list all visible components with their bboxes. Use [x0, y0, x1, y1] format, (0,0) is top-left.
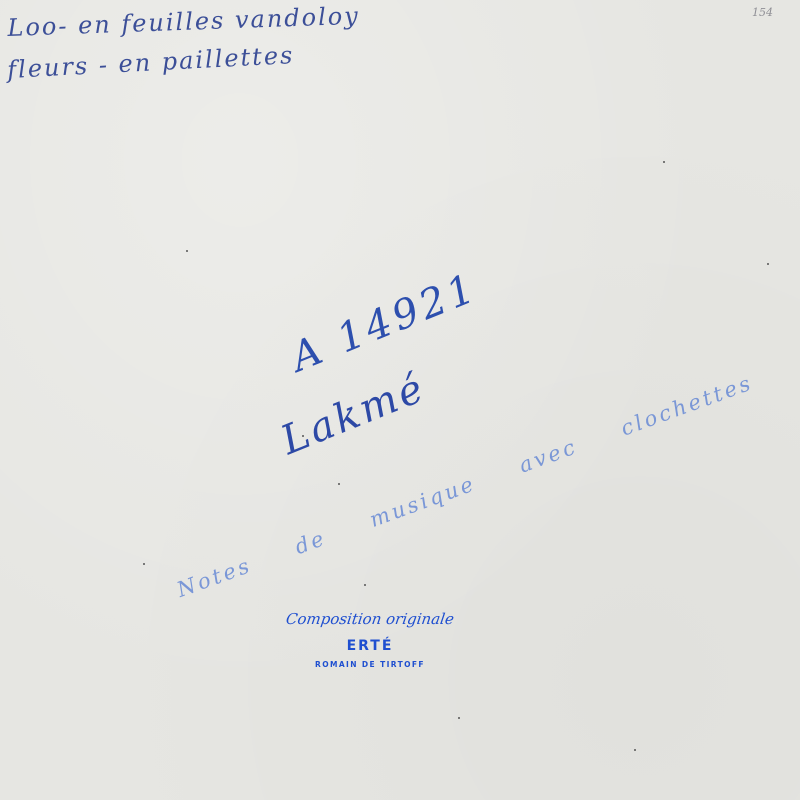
stamp-subline: ROMAIN DE TIRTOFF [285, 660, 455, 669]
paper-speck [364, 584, 366, 586]
artist-stamp: Composition originale ERTÉ ROMAIN DE TIR… [285, 610, 455, 669]
stamp-artist-name: ERTÉ [285, 638, 455, 654]
corner-number: 154 [752, 6, 773, 19]
paper-speck [458, 717, 460, 719]
paper-speck [338, 483, 340, 485]
paper-speck [186, 250, 188, 252]
paper-speck [663, 161, 665, 163]
paper-speck [767, 263, 769, 265]
document-sheet: Loo- en feuilles vandoloy fleurs - en pa… [0, 0, 800, 800]
paper-speck [302, 435, 304, 437]
description-note: Notes de musique avec clochettes [174, 370, 756, 602]
stamp-script-line: Composition originale [284, 610, 457, 628]
reference-number: A 14921 [285, 265, 485, 381]
paper-speck [634, 749, 636, 751]
paper-speck [143, 563, 145, 565]
title-lakme: Lakmé [275, 365, 432, 464]
note-line-1: Loo- en feuilles vandoloy [7, 2, 360, 42]
note-line-2: fleurs - en paillettes [7, 41, 295, 84]
